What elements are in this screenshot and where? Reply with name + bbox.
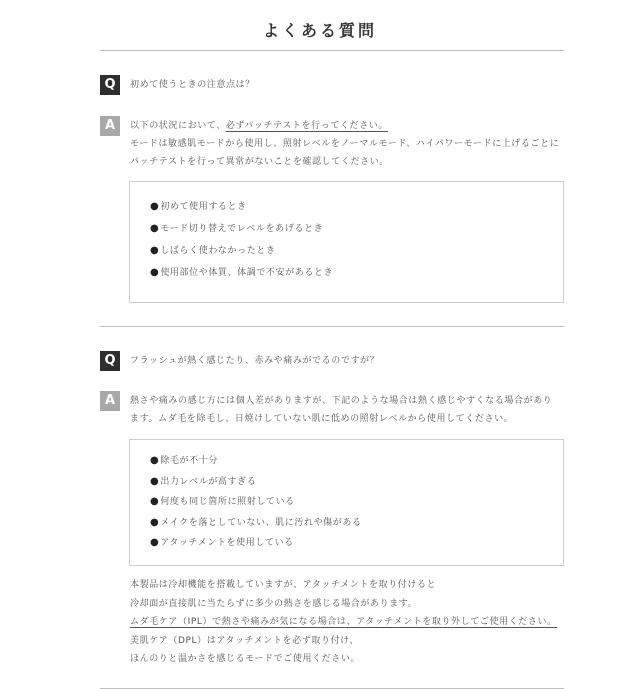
attachment-note: 本製品は冷却機能を搭載していますが、アタッチメントを取り付けると 冷却面が直接肌… (130, 576, 570, 669)
answer-line: ます。ムダ毛を除毛し、日焼けしていない肌に低めの照射レベルから使用してください。 (130, 410, 570, 428)
answer-emphasis-underlined: 必ずパッチテストを行ってください。 (226, 121, 388, 132)
note-line: 冷却面が直接肌に当たらずに多少の熱さを感じる場合があります。 (130, 595, 570, 614)
answer-line: 熱さや痛みの感じ方には個人差がありますが、下記のような場合は熱く感じやすくなる場… (130, 392, 570, 410)
list-item: アタッチメントを使用している (150, 533, 563, 554)
list-item: しばらく使わなかったとき (150, 240, 563, 262)
note-line: 本製品は冷却機能を搭載していますが、アタッチメントを取り付けると (130, 576, 570, 595)
answer-badge: A (100, 391, 120, 411)
question-badge: Q (100, 75, 120, 95)
note-line: 美肌ケア（DPL）はアタッチメントを必ず取り付け、 (130, 632, 570, 651)
list-item: 出力レベルが高すぎる (150, 472, 563, 493)
condition-list-box: 初めて使用するとき モード切り替えでレベルをあげるとき しばらく使わなかったとき… (129, 181, 564, 303)
answer-line: パッチテストを行って異常がないことを確認してください。 (130, 153, 570, 171)
list-item: モード切り替えでレベルをあげるとき (150, 218, 563, 240)
note-line: ほんのりと温かさを感じるモードでご使用ください。 (130, 650, 570, 669)
question-text: 初めて使うときの注意点は？ (130, 75, 255, 95)
list-item: 何度も同じ箇所に照射している (150, 492, 563, 513)
list-item: 初めて使用するとき (150, 196, 563, 218)
list-item: メイクを落としていない、肌に汚れや傷がある (150, 513, 563, 534)
faq-divider (100, 326, 564, 327)
page-title: よくある質問 (0, 18, 640, 41)
answer-line: モードは敏感肌モードから使用し、照射レベルをノーマルモード、ハイパワーモードに上… (130, 135, 570, 153)
question-text: フラッシュが熱く感じたり、赤みや痛みがでるのですが？ (130, 351, 379, 371)
answer-line: 以下の状況において、 (130, 121, 226, 131)
note-emphasis-underlined: ムダ毛ケア（IPL）で熱さや痛みが気になる場合は、アタッチメントを取り外してご使… (130, 617, 557, 628)
answer-text: 熱さや痛みの感じ方には個人差がありますが、下記のような場合は熱く感じやすくなる場… (130, 392, 570, 428)
list-item: 除毛が不十分 (150, 451, 563, 472)
title-divider (100, 50, 564, 51)
answer-badge: A (100, 116, 120, 136)
list-item: 使用部位や体質、体調で不安があるとき (150, 262, 563, 284)
question-badge: Q (100, 351, 120, 371)
answer-text: 以下の状況において、必ずパッチテストを行ってください。 モードは敏感肌モードから… (130, 117, 570, 171)
cause-list-box: 除毛が不十分 出力レベルが高すぎる 何度も同じ箇所に照射している メイクを落とし… (129, 439, 564, 566)
